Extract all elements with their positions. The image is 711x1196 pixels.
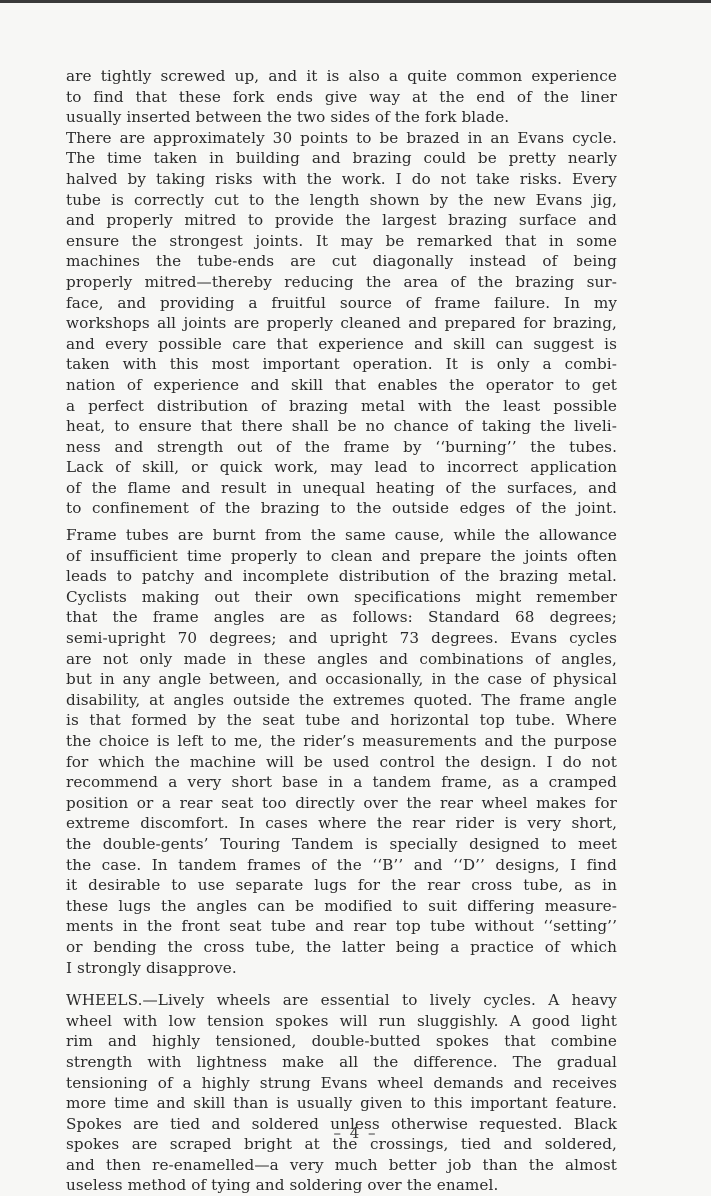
- text-line: position or a rear seat too directly ove…: [66, 793, 617, 814]
- text-line: these lugs the angles can be modified to…: [66, 896, 617, 917]
- text-line: extreme discomfort. In cases where the r…: [66, 813, 617, 834]
- page-number: – 4 –: [0, 1124, 711, 1142]
- text-line: nation of experience and skill that enab…: [66, 375, 617, 396]
- text-line: a perfect distribution of brazing metal …: [66, 396, 617, 417]
- text-line: are tightly screwed up, and it is also a…: [66, 66, 617, 87]
- text-line: leads to patchy and incomplete distribut…: [66, 566, 617, 587]
- text-line: Frame tubes are burnt from the same caus…: [66, 525, 617, 546]
- text-line: to find that these fork ends give way at…: [66, 87, 617, 108]
- text-line: usually inserted between the two sides o…: [66, 107, 617, 128]
- text-line: the case. In tandem frames of the ‘‘B’’ …: [66, 855, 617, 876]
- text-line: that the frame angles are as follows: St…: [66, 607, 617, 628]
- text-line: semi-upright 70 degrees; and upright 73 …: [66, 628, 617, 649]
- text-line: tube is correctly cut to the length show…: [66, 190, 617, 211]
- text-line: I strongly disapprove.: [66, 958, 617, 979]
- text-line: are not only made in these angles and co…: [66, 649, 617, 670]
- text-line: of the flame and result in unequal heati…: [66, 478, 617, 499]
- text-line: Cyclists making out their own specificat…: [66, 587, 617, 608]
- text-line: to confinement of the brazing to the out…: [66, 498, 617, 519]
- text-line: WHEELS.—Lively wheels are essential to l…: [66, 990, 617, 1011]
- text-line: the choice is left to me, the rider’s me…: [66, 731, 617, 752]
- text-line: more time and skill than is usually give…: [66, 1093, 617, 1114]
- text-line: the double-gents’ Touring Tandem is spec…: [66, 834, 617, 855]
- paragraph-frame-tubes: Frame tubes are burnt from the same caus…: [66, 525, 617, 978]
- text-line: and properly mitred to provide the large…: [66, 210, 617, 231]
- paragraph-fork-ends: are tightly screwed up, and it is also a…: [66, 66, 617, 128]
- text-line: tensioning of a highly strung Evans whee…: [66, 1073, 617, 1094]
- text-line: or bending the cross tube, the latter be…: [66, 937, 617, 958]
- text-line: it desirable to use separate lugs for th…: [66, 875, 617, 896]
- paragraph-wheels: WHEELS.—Lively wheels are essential to l…: [66, 990, 617, 1196]
- text-line: heat, to ensure that there shall be no c…: [66, 416, 617, 437]
- text-line: and then re-enamelled—a very much better…: [66, 1155, 617, 1176]
- text-line: of insufficient time properly to clean a…: [66, 546, 617, 567]
- text-line: properly mitred—thereby reducing the are…: [66, 272, 617, 293]
- text-line: wheel with low tension spokes will run s…: [66, 1011, 617, 1032]
- paragraph-brazing: There are approximately 30 points to be …: [66, 128, 617, 519]
- text-line: Lack of skill, or quick work, may lead t…: [66, 457, 617, 478]
- text-line: There are approximately 30 points to be …: [66, 128, 617, 149]
- text-line: ments in the front seat tube and rear to…: [66, 916, 617, 937]
- text-line: and every possible care that experience …: [66, 334, 617, 355]
- text-line: disability, at angles outside the extrem…: [66, 690, 617, 711]
- text-line: ness and strength out of the frame by ‘‘…: [66, 437, 617, 458]
- text-line: but in any angle between, and occasional…: [66, 669, 617, 690]
- text-line: strength with lightness make all the dif…: [66, 1052, 617, 1073]
- scan-top-edge: [0, 0, 711, 3]
- text-line: is that formed by the seat tube and hori…: [66, 710, 617, 731]
- text-line: The time taken in building and brazing c…: [66, 148, 617, 169]
- text-line: ensure the strongest joints. It may be r…: [66, 231, 617, 252]
- text-line: recommend a very short base in a tandem …: [66, 772, 617, 793]
- text-line: workshops all joints are properly cleane…: [66, 313, 617, 334]
- text-line: halved by taking risks with the work. I …: [66, 169, 617, 190]
- text-line: face, and providing a fruitful source of…: [66, 293, 617, 314]
- text-line: rim and highly tensioned, double-butted …: [66, 1031, 617, 1052]
- document-page: are tightly screwed up, and it is also a…: [66, 66, 617, 1196]
- text-line: machines the tube-ends are cut diagonall…: [66, 251, 617, 272]
- text-line: useless method of tying and soldering ov…: [66, 1175, 617, 1196]
- text-line: taken with this most important operation…: [66, 354, 617, 375]
- text-line: for which the machine will be used contr…: [66, 752, 617, 773]
